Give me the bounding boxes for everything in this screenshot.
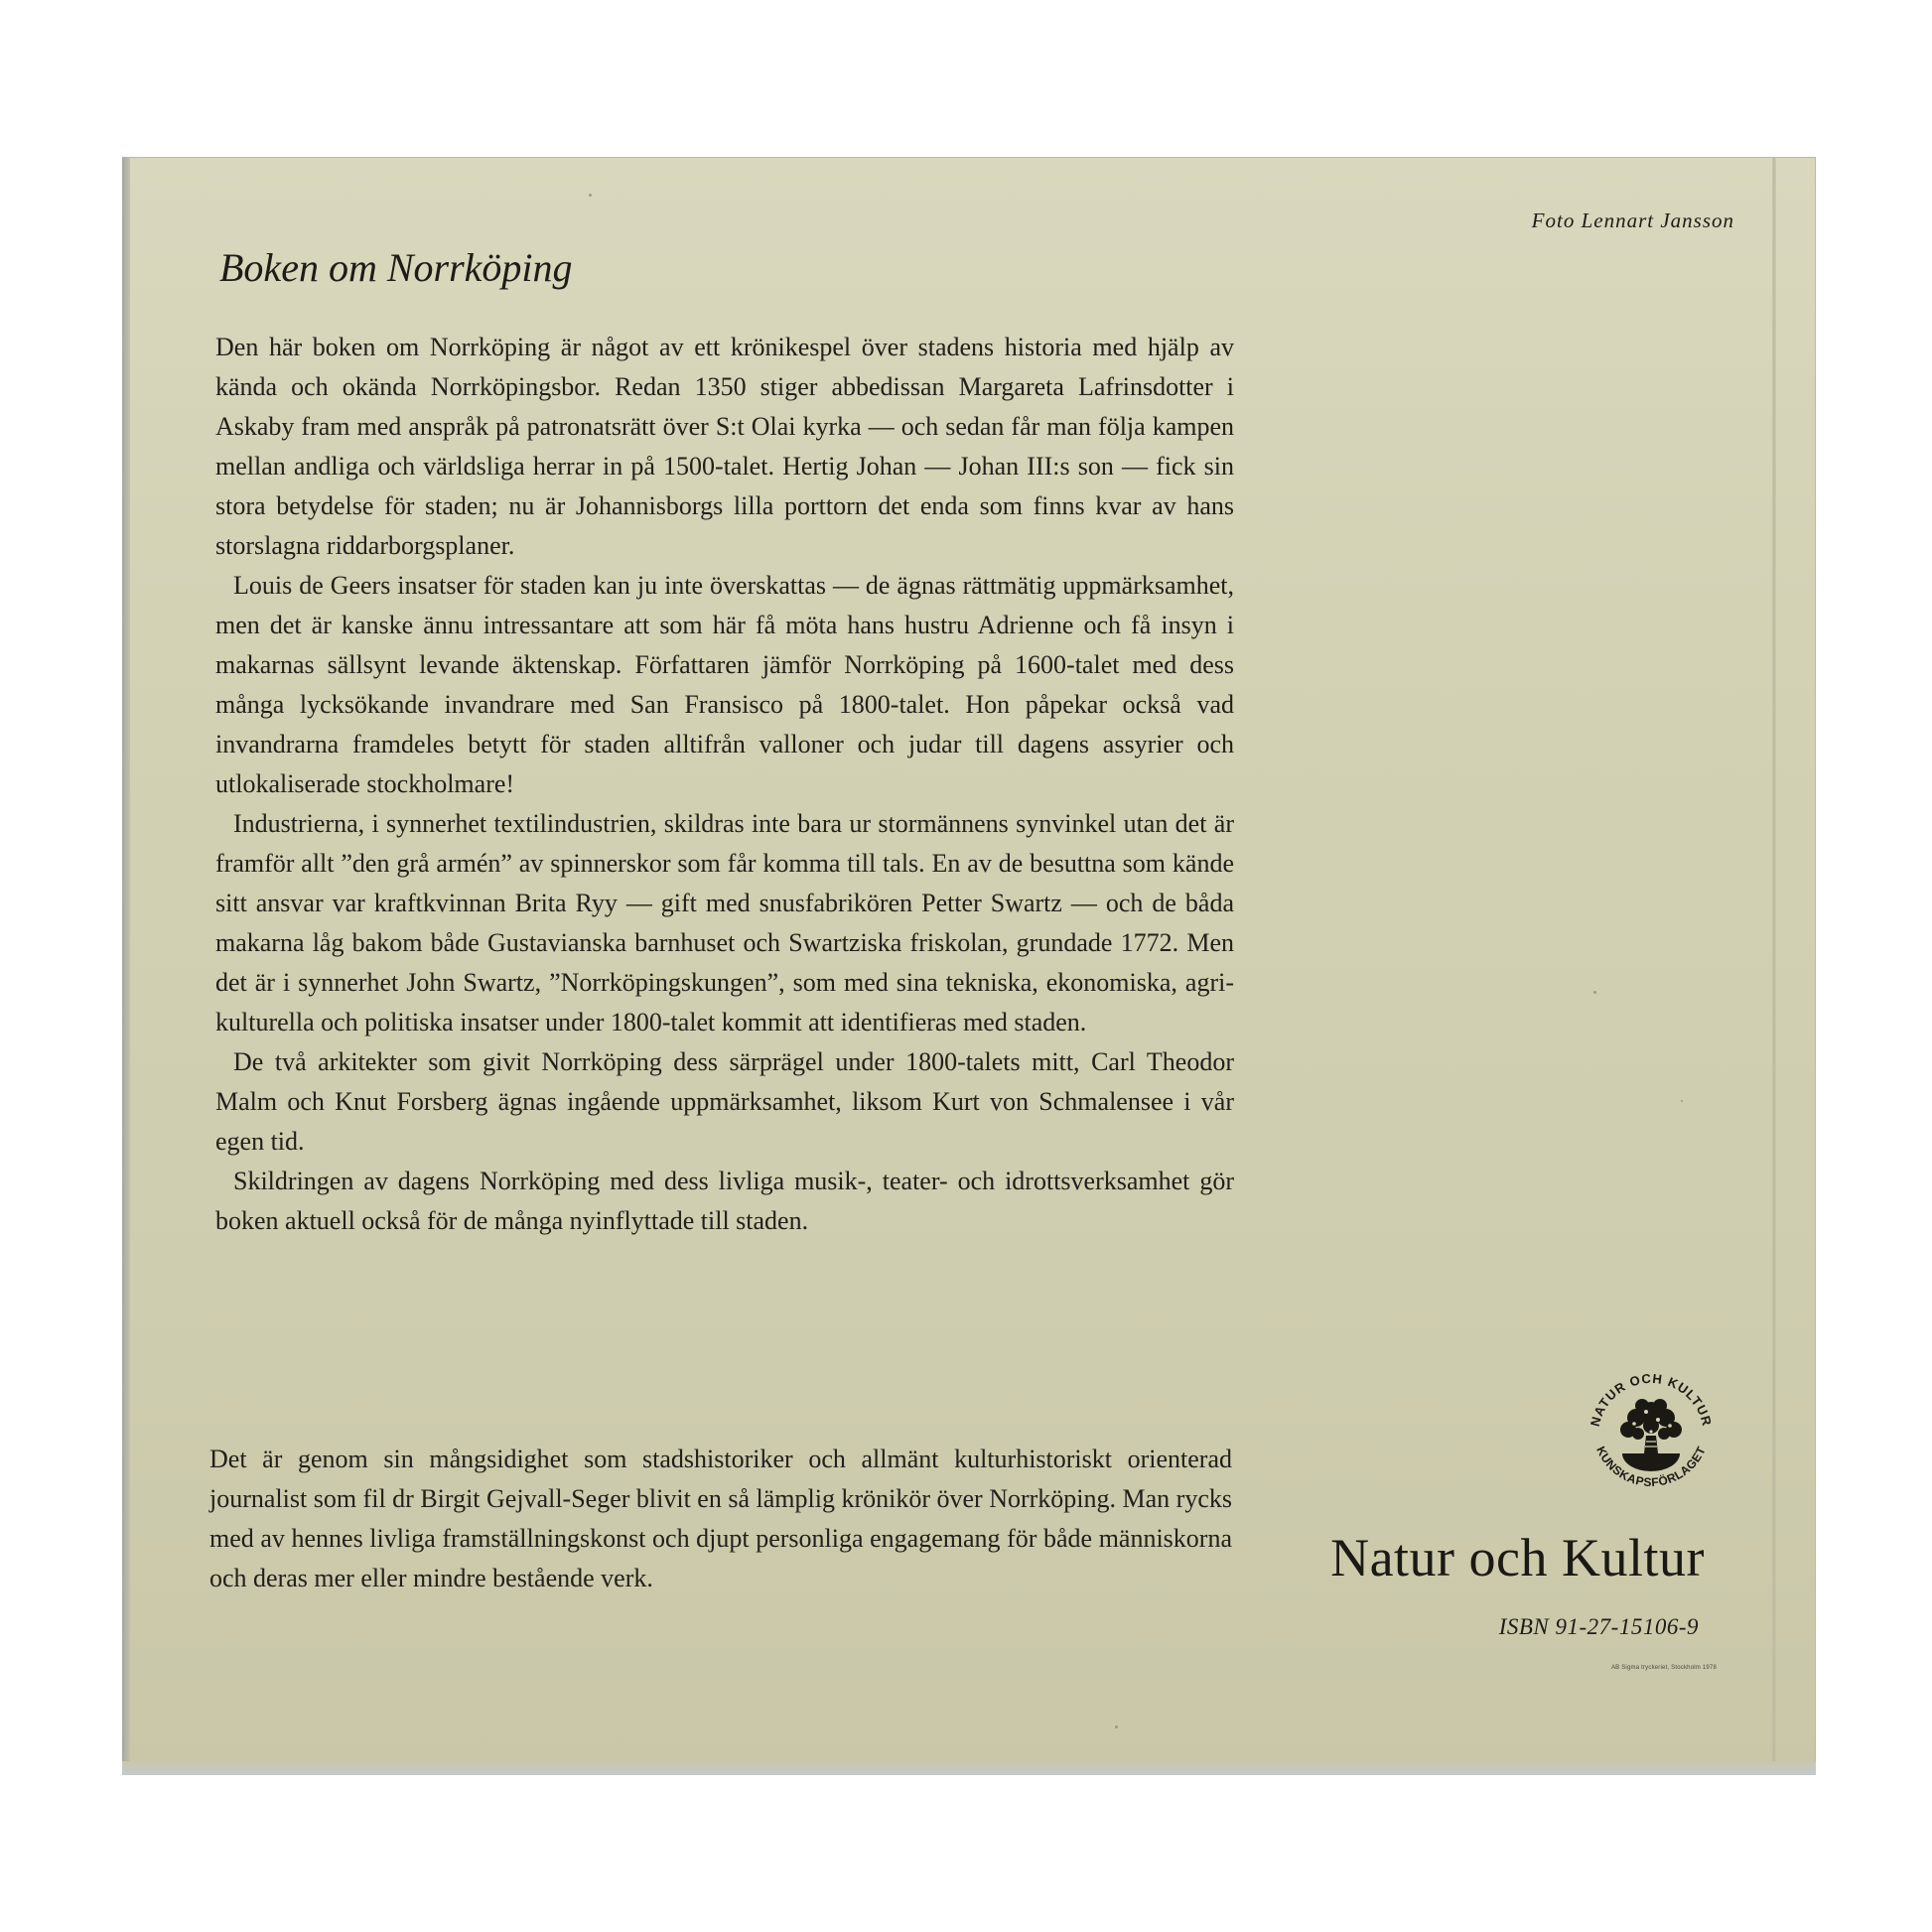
author-blurb: Det är genom sin mångsidighet som stadsh…: [209, 1440, 1232, 1598]
paper-speck: [1681, 1100, 1683, 1102]
publisher-name: Natur och Kultur: [1330, 1527, 1705, 1588]
book-back-cover: Foto Lennart Jansson Boken om Norrköping…: [122, 157, 1816, 1775]
blurb-paragraph: Louis de Geers insatser för staden kan j…: [215, 566, 1234, 804]
paper-speck: [1593, 991, 1596, 994]
paper-speck: [589, 194, 592, 197]
photo-credit: Foto Lennart Jansson: [1532, 208, 1734, 233]
publisher-logo: NATUR OCH KULTUR KUNSKAPSFÖRLAGET: [1577, 1358, 1725, 1507]
tree-emblem-icon: NATUR OCH KULTUR KUNSKAPSFÖRLAGET: [1577, 1358, 1725, 1507]
paper-speck: [1115, 1725, 1118, 1728]
isbn: ISBN 91-27-15106-9: [1499, 1614, 1699, 1640]
book-title: Boken om Norrköping: [219, 244, 573, 291]
blurb-paragraph: Skildringen av dagens Norrköping med des…: [215, 1162, 1234, 1241]
cover-fold-edge: [1772, 157, 1776, 1775]
blurb-paragraph: Industrierna, i synnerhet textilindustri…: [215, 804, 1234, 1042]
blurb-text: Den här boken om Norrköping är något av …: [215, 328, 1234, 1241]
author-paragraph: Det är genom sin mångsidighet som stadsh…: [209, 1440, 1232, 1598]
blurb-paragraph: De två arkitekter som givit Norrköping d…: [215, 1042, 1234, 1162]
blurb-paragraph: Den här boken om Norrköping är något av …: [215, 328, 1234, 566]
printer-credit: AB Sigma tryckeriet, Stockholm 1978: [1611, 1665, 1717, 1671]
